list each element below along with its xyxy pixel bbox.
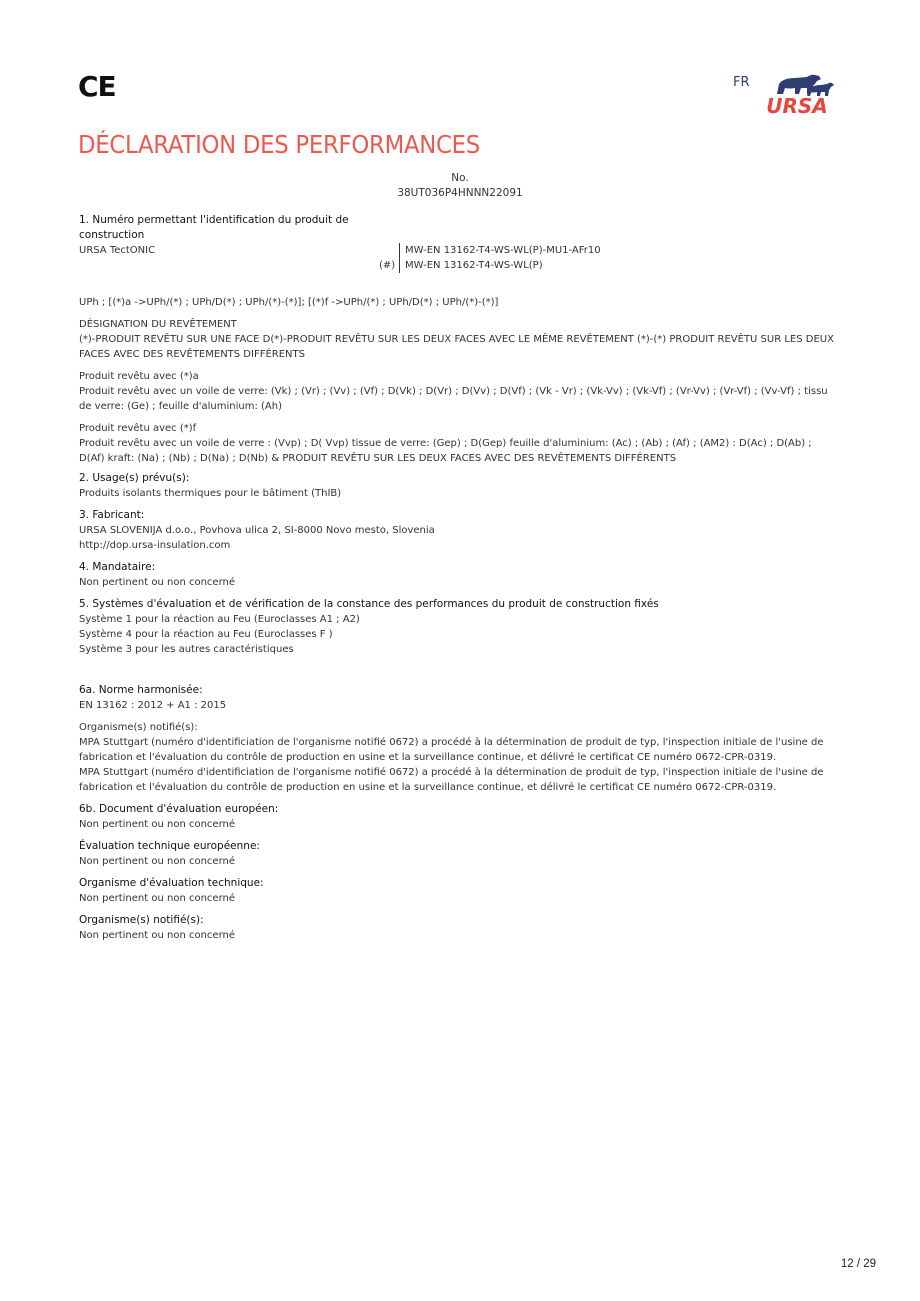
hash-label: (#) (379, 258, 395, 273)
section-6a-heading: 6a. Norme harmonisée: (79, 683, 839, 698)
section-6b-text: Non pertinent ou non concerné (79, 817, 839, 832)
harmonised-standard: EN 13162 : 2012 + A1 : 2015 (79, 698, 839, 713)
document-number-value: 38UT036P4HNNN22091 (0, 186, 920, 201)
notified-bodies-heading: Organisme(s) notifié(s): (79, 913, 839, 928)
notified-bodies-text: Non pertinent ou non concerné (79, 928, 839, 943)
ursa-logo: URSA (755, 72, 837, 118)
ce-mark-icon: CE (78, 70, 116, 103)
section-6a: 6a. Norme harmonisée: EN 13162 : 2012 + … (79, 683, 839, 795)
section-1: 1. Numéro permettant l'identification du… (79, 213, 839, 466)
section-6b: 6b. Document d'évaluation européen: Non … (79, 802, 839, 943)
section-4-text: Non pertinent ou non concerné (79, 575, 839, 590)
coated-a-heading: Produit revêtu avec (*)a (79, 369, 839, 384)
document-page: CE FR URSA DÉCLARATION DES PERFORMANCES … (0, 0, 920, 1301)
section-1-heading: 1. Numéro permettant l'identification du… (79, 213, 354, 243)
eta-heading: Évaluation technique européenne: (79, 839, 839, 854)
product-code: MW-EN 13162-T4-WS-WL(P)-MU1-AFr10 (405, 243, 601, 258)
page-title: DÉCLARATION DES PERFORMANCES (78, 130, 480, 159)
coated-a-text: Produit revêtu avec un voile de verre: (… (79, 384, 839, 414)
coated-f-heading: Produit revêtu avec (*)f (79, 421, 839, 436)
coated-f-text: Produit revêtu avec un voile de verre : … (79, 436, 839, 466)
language-label: FR (733, 75, 750, 90)
eta-text: Non pertinent ou non concerné (79, 854, 839, 869)
ursa-wordmark: URSA (757, 94, 837, 118)
section-4-heading: 4. Mandataire: (79, 560, 839, 575)
section-2: 2. Usage(s) prévu(s): Produits isolants … (79, 471, 839, 501)
system-line: Système 1 pour la réaction au Feu (Euroc… (79, 612, 839, 627)
manufacturer-url[interactable]: http://dop.ursa-insulation.com (79, 538, 839, 553)
designation-heading: DÉSIGNATION DU REVÊTEMENT (79, 317, 839, 332)
section-2-heading: 2. Usage(s) prévu(s): (79, 471, 839, 486)
section-3-heading: 3. Fabricant: (79, 508, 839, 523)
tab-text: Non pertinent ou non concerné (79, 891, 839, 906)
system-line: Système 4 pour la réaction au Feu (Euroc… (79, 627, 839, 642)
product-identification: URSA TectONIC (#) MW-EN 13162-T4-WS-WL(P… (79, 243, 839, 273)
section-6b-heading: 6b. Document d'évaluation européen: (79, 802, 839, 817)
divider (399, 243, 400, 273)
section-5: 5. Systèmes d'évaluation et de vérificat… (79, 597, 839, 657)
page-indicator: 12 / 29 (841, 1258, 876, 1270)
document-number-label: No. (0, 171, 920, 186)
product-code: MW-EN 13162-T4-WS-WL(P) (405, 258, 601, 273)
section-3: 3. Fabricant: URSA SLOVENIJA d.o.o., Pov… (79, 508, 839, 553)
tab-heading: Organisme d'évaluation technique: (79, 876, 839, 891)
product-name: URSA TectONIC (79, 243, 155, 258)
section-2-text: Produits isolants thermiques pour le bât… (79, 486, 839, 501)
uph-line: UPh ; [(*)a ->UPh/(*) ; UPh/D(*) ; UPh/(… (79, 295, 839, 310)
notified-body-paragraph: MPA Stuttgart (numéro d'identificiation … (79, 765, 839, 795)
document-number: No. 38UT036P4HNNN22091 (0, 171, 920, 201)
notified-body-paragraph: MPA Stuttgart (numéro d'identificiation … (79, 735, 839, 765)
notified-body-heading: Organisme(s) notifié(s): (79, 720, 839, 735)
system-line: Système 3 pour les autres caractéristiqu… (79, 642, 839, 657)
section-5-heading: 5. Systèmes d'évaluation et de vérificat… (79, 597, 839, 612)
document-body: 1. Numéro permettant l'identification du… (79, 213, 839, 943)
section-4: 4. Mandataire: Non pertinent ou non conc… (79, 560, 839, 590)
manufacturer-address: URSA SLOVENIJA d.o.o., Povhova ulica 2, … (79, 523, 839, 538)
designation-text: (*)-PRODUIT REVÊTU SUR UNE FACE D(*)-PRO… (79, 332, 839, 362)
